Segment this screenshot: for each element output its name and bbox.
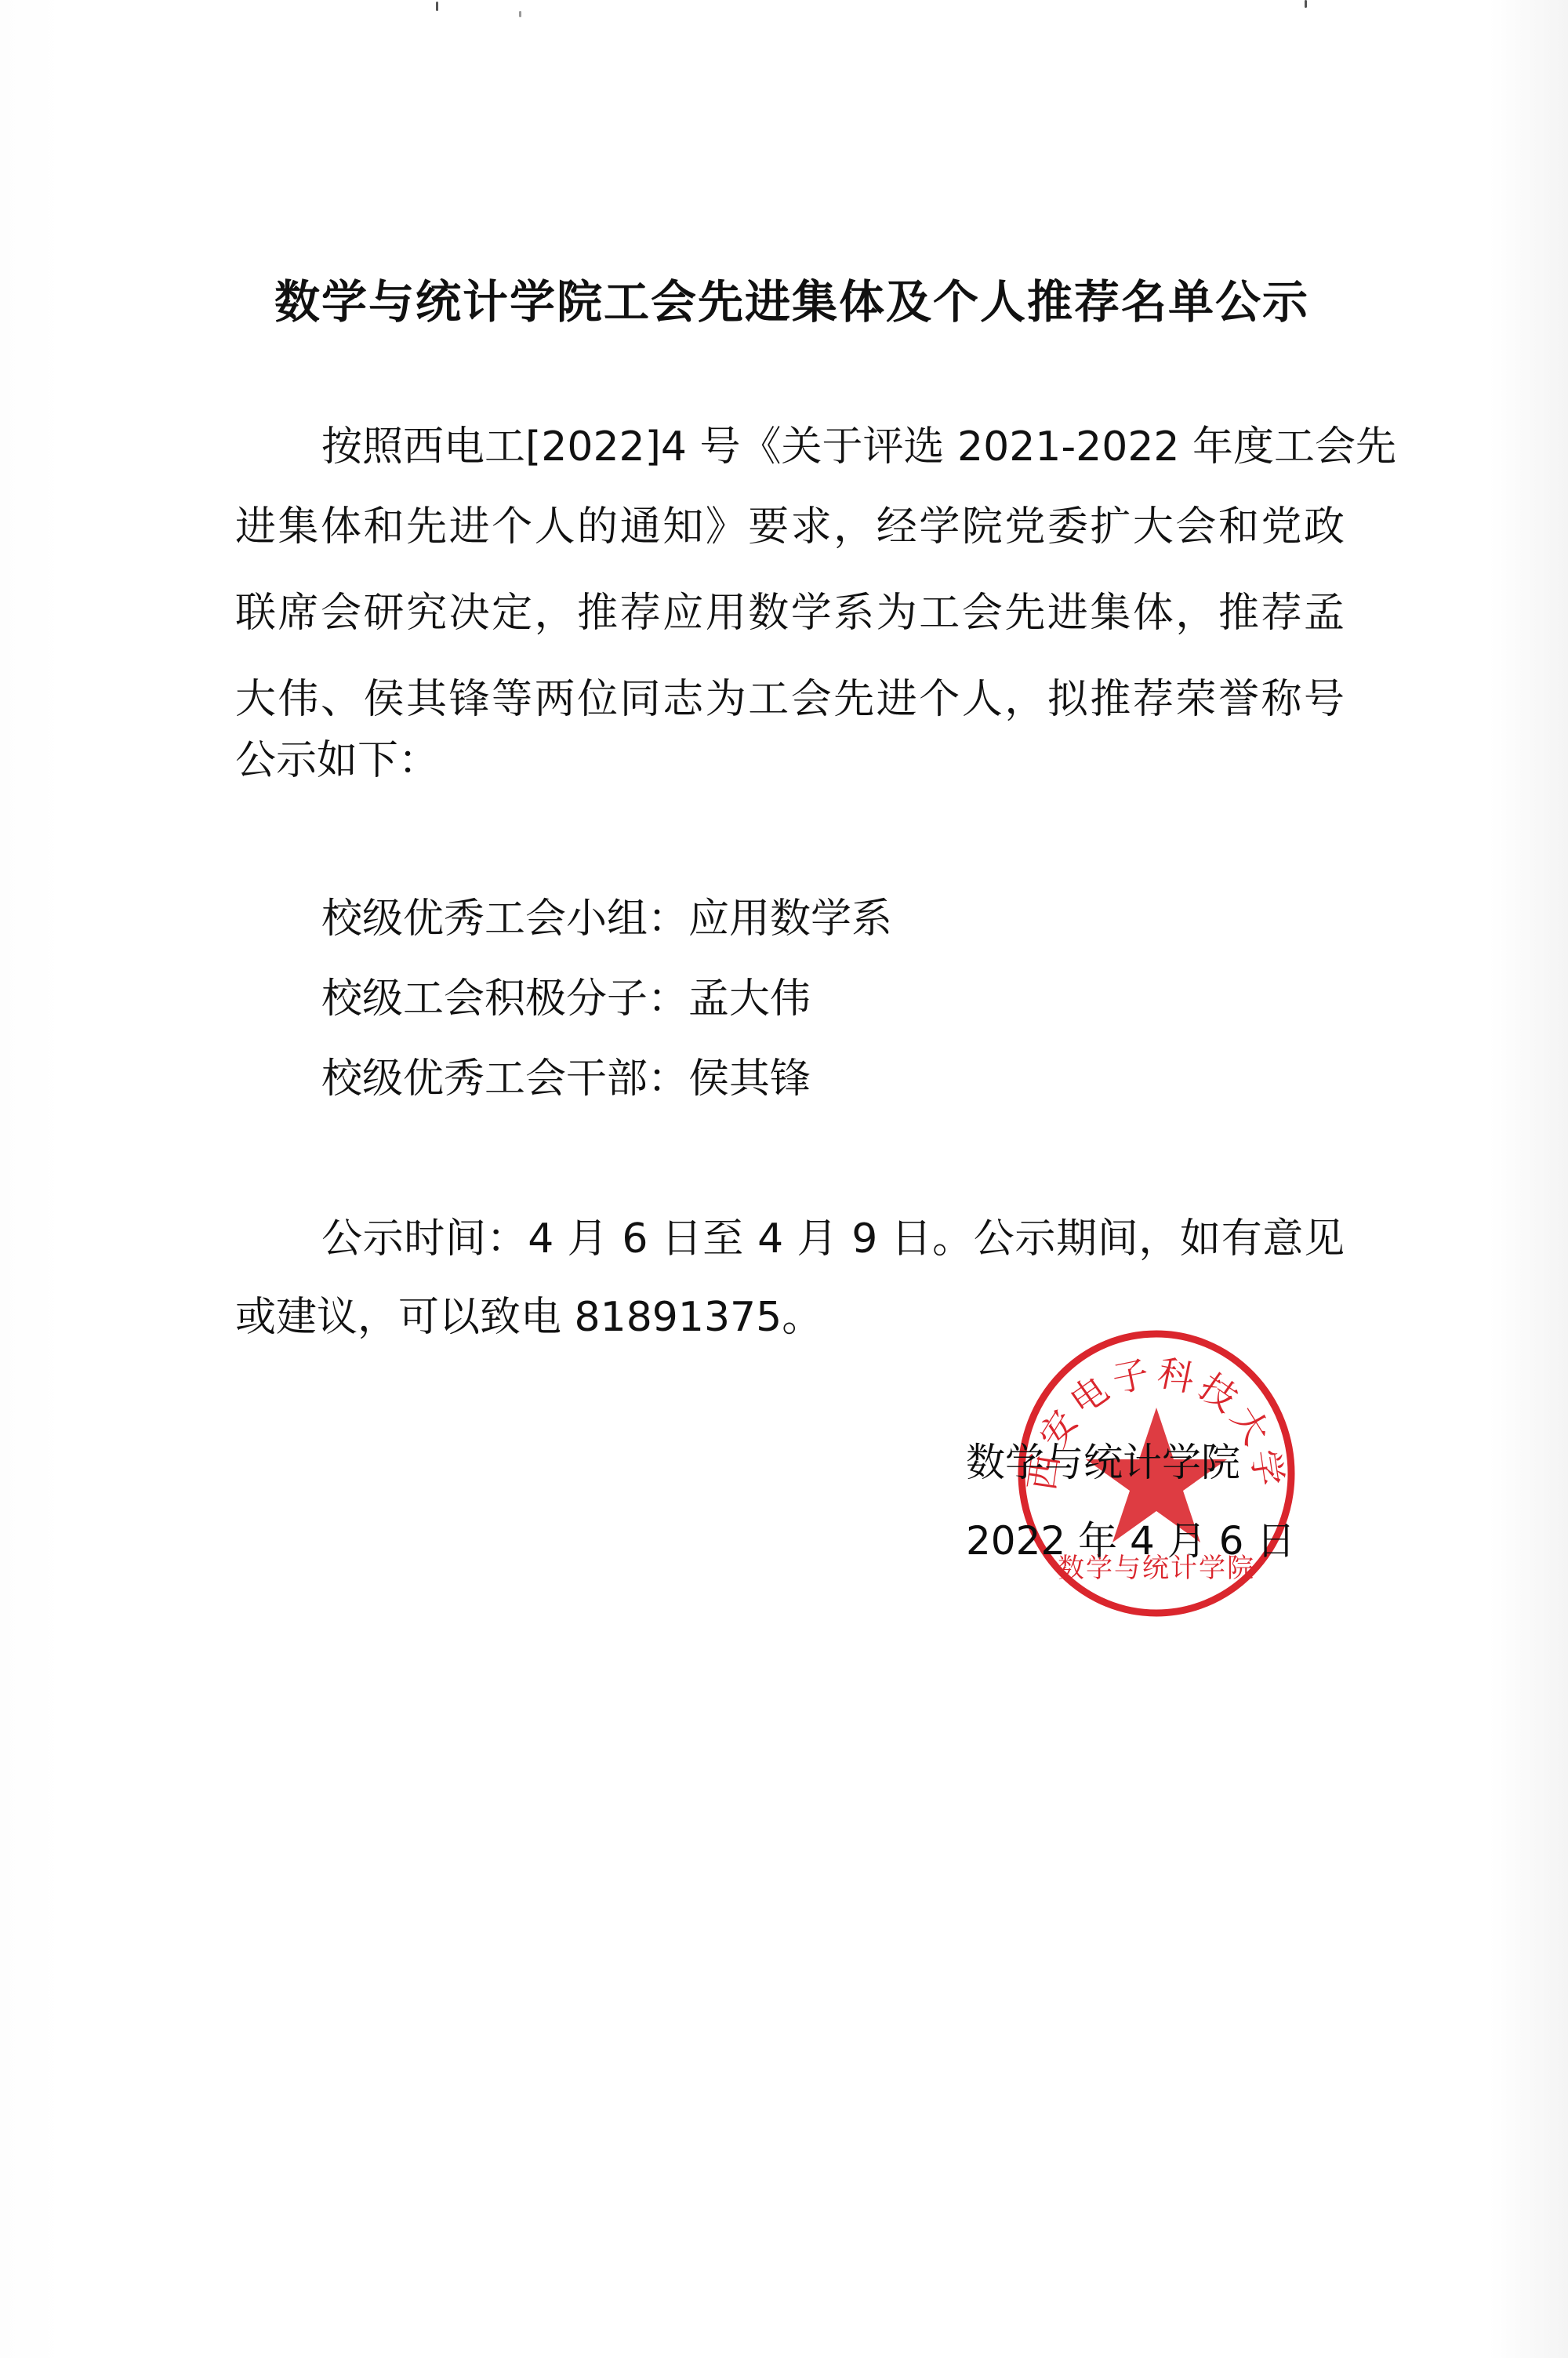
scan-artifact [519,11,521,17]
award-label: 校级优秀工会干部： [321,1055,688,1103]
paragraph-1-line-1: 按照西电工[2022]4 号《关于评选 2021-2022 年度工会先 [321,420,1345,474]
award-value: 应用数学系 [688,896,892,943]
paragraph-1-line-5: 公示如下： [235,733,1345,788]
signature-date: 2022 年 4 月 6 日 [966,1513,1295,1568]
paragraph-1-line-4: 大伟、侯其锋等两位同志为工会先进个人，拟推荐荣誉称号 [235,672,1345,727]
award-value: 侯其锋 [688,1055,811,1103]
document-page: 数学与统计学院工会先进集体及个人推荐名单公示 按照西电工[2022]4 号《关于… [0,0,1568,2358]
signature-organization: 数学与统计学院 [966,1435,1240,1490]
award-value: 孟大伟 [688,976,811,1023]
award-item: 校级优秀工会小组：应用数学系 [321,892,892,946]
award-label: 校级工会积极分子： [321,976,688,1023]
award-item: 校级优秀工会干部：侯其锋 [321,1052,811,1106]
award-item: 校级工会积极分子：孟大伟 [321,972,811,1026]
paragraph-2-line-1: 公示时间：4 月 6 日至 4 月 9 日。公示期间，如有意见 [321,1212,1345,1266]
scan-artifact [436,2,438,11]
paragraph-1-line-2: 进集体和先进个人的通知》要求，经学院党委扩大会和党政 [235,500,1345,554]
document-title: 数学与统计学院工会先进集体及个人推荐名单公示 [235,271,1348,333]
paragraph-1-line-3: 联席会研究决定，推荐应用数学系为工会先进集体，推荐孟 [235,586,1345,641]
award-label: 校级优秀工会小组： [321,896,688,943]
scan-artifact [1305,0,1307,8]
